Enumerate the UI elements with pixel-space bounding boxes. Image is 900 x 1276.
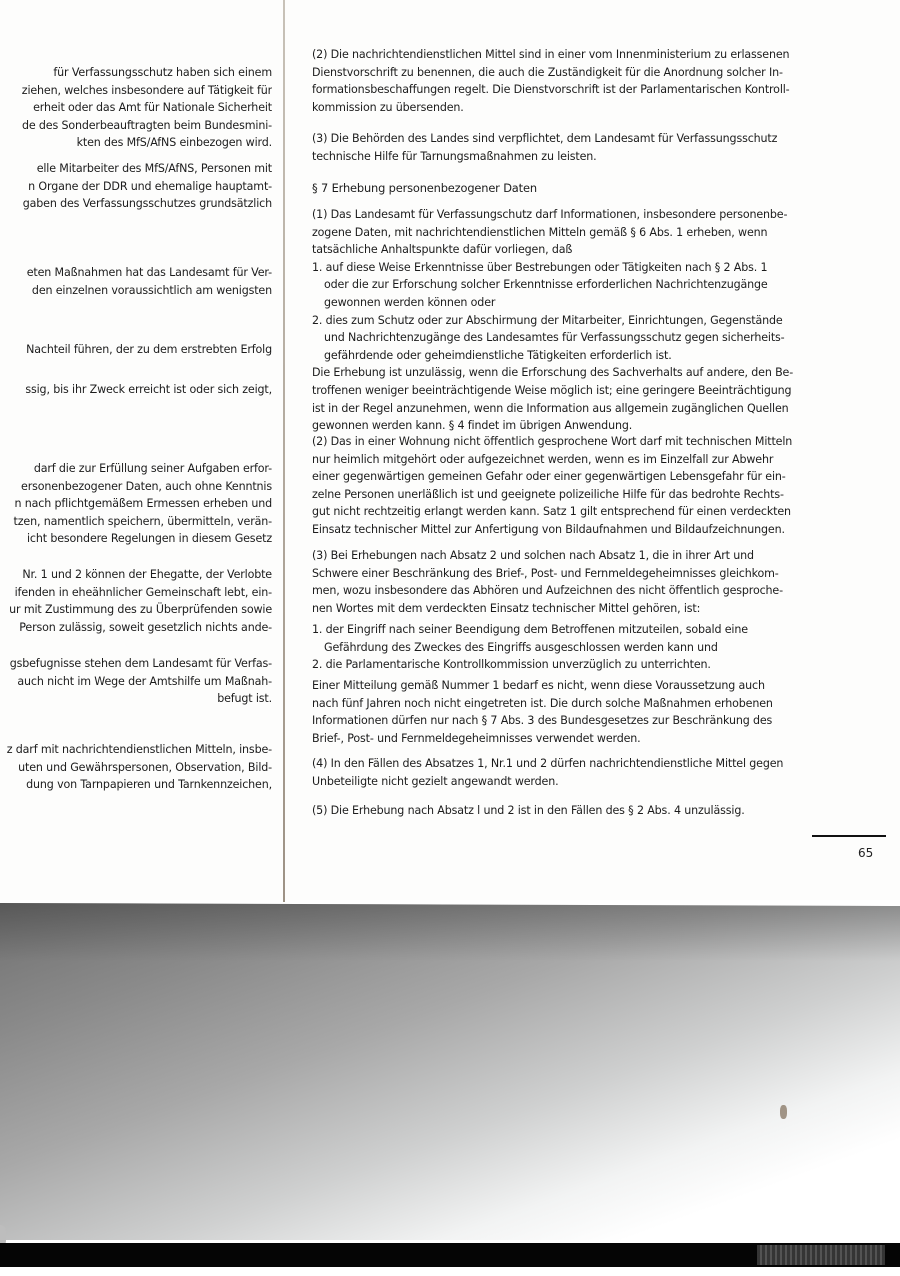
text-line: kten des MfS/AfNS einbezogen wird. [0,134,272,152]
paragraph: elle Mitarbeiter des MfS/AfNS, Personen … [0,160,272,213]
book-gutter [283,0,285,902]
text-line: (3) Die Behörden des Landes sind verpfli… [312,130,786,148]
text-line: kommission zu übersenden. [312,99,786,117]
dust-speck [780,1105,787,1119]
paragraph: (3) Bei Erhebungen nach Absatz 2 und sol… [312,547,786,617]
text-line: Nachteil führen, der zu dem erstrebten E… [0,341,272,359]
text-line: 2. dies zum Schutz oder zur Abschirmung … [312,312,786,330]
bottom-margin [0,1267,900,1276]
text-line: gewonnen werden können oder [312,294,786,312]
paragraph: (1) Das Landesamt für Verfassungschutz d… [312,206,786,435]
text-line: Die Erhebung ist unzulässig, wenn die Er… [312,364,786,382]
text-line: n nach pflichtgemäßem Ermessen erheben u… [0,495,272,513]
scanner-shadow-area [0,900,900,1240]
text-line: zogene Daten, mit nachrichtendienstliche… [312,224,786,242]
text-line: de des Sonderbeauftragten beim Bundesmin… [0,117,272,135]
text-line: ifenden in eheähnlicher Gemeinschaft leb… [0,584,272,602]
text-line: oder die zur Erforschung solcher Erkennt… [312,276,786,294]
text-line: einer gegenwärtigen gemeinen Gefahr oder… [312,468,786,486]
paragraph: (2) Die nachrichtendienstlichen Mittel s… [312,46,786,116]
text-line: 1. auf diese Weise Erkenntnisse über Bes… [312,259,786,277]
text-line: Einsatz technischer Mittel zur Anfertigu… [312,521,786,539]
text-line: Dienstvorschrift zu benennen, die auch d… [312,64,786,82]
text-line: nach fünf Jahren noch nicht eingetreten … [312,695,786,713]
scanner-edge-bar [0,1243,900,1267]
text-line: befugt ist. [0,690,272,708]
paragraph: eten Maßnahmen hat das Landesamt für Ver… [0,264,272,299]
paragraph: gsbefugnisse stehen dem Landesamt für Ve… [0,655,272,708]
paragraph: Nachteil führen, der zu dem erstrebten E… [0,341,272,359]
text-line: troffenen weniger beeinträchtigende Weis… [312,382,786,400]
text-line: ur mit Zustimmung des zu Überprüfenden s… [0,601,272,619]
paragraph: ssig, bis ihr Zweck erreicht ist oder si… [0,381,272,399]
paragraph: (5) Die Erhebung nach Absatz l und 2 ist… [312,802,786,820]
text-line: tzen, namentlich speichern, übermitteln,… [0,513,272,531]
text-line: erheit oder das Amt für Nationale Sicher… [0,99,272,117]
text-line: Person zulässig, soweit gesetzlich nicht… [0,619,272,637]
text-line: elle Mitarbeiter des MfS/AfNS, Personen … [0,160,272,178]
text-line: zelne Personen unerläßlich ist und geeig… [312,486,786,504]
text-line: z darf mit nachrichtendienstlichen Mitte… [0,741,272,759]
text-line: gefährdende oder geheimdienstliche Tätig… [312,347,786,365]
scanner-noise-patch [757,1245,885,1265]
scanned-book-spread: für Verfassungsschutz haben sich einemzi… [0,0,900,900]
text-line: den einzelnen voraussichtlich am wenigst… [0,282,272,300]
paragraph: darf die zur Erfüllung seiner Aufgaben e… [0,460,272,548]
left-page-text-column: für Verfassungsschutz haben sich einemzi… [0,0,272,900]
section-heading: § 7 Erhebung personenbezogener Daten [312,180,786,198]
text-line: Brief-, Post- und Fernmeldegeheimnisses … [312,730,786,748]
text-line: 2. die Parlamentarische Kontrollkommissi… [312,656,786,674]
text-line: tatsächliche Anhaltspunkte dafür vorlieg… [312,241,786,259]
paragraph: für Verfassungsschutz haben sich einemzi… [0,64,272,152]
paragraph: (3) Die Behörden des Landes sind verpfli… [312,130,786,165]
text-line: (2) Die nachrichtendienstlichen Mittel s… [312,46,786,64]
text-line: nen Wortes mit dem verdeckten Einsatz te… [312,600,786,618]
text-line: für Verfassungsschutz haben sich einem [0,64,272,82]
text-line: Gefährdung des Zweckes des Eingriffs aus… [312,639,786,657]
text-line: technische Hilfe für Tarnungsmaßnahmen z… [312,148,786,166]
text-line: gut nicht rechtzeitig erlangt werden kan… [312,503,786,521]
text-line: men, wozu insbesondere das Abhören und A… [312,582,786,600]
text-line: (1) Das Landesamt für Verfassungschutz d… [312,206,786,224]
text-line: icht besondere Regelungen in diesem Gese… [0,530,272,548]
text-line: gsbefugnisse stehen dem Landesamt für Ve… [0,655,272,673]
footer-rule [812,835,886,837]
paragraph: (4) In den Fällen des Absatzes 1, Nr.1 u… [312,755,786,790]
text-line: nur heimlich mitgehört oder aufgezeichne… [312,451,786,469]
text-line: dung von Tarnpapieren und Tarnkennzeiche… [0,776,272,794]
text-line: gaben des Verfassungsschutzes grundsätzl… [0,195,272,213]
text-line: darf die zur Erfüllung seiner Aufgaben e… [0,460,272,478]
text-line: Einer Mitteilung gemäß Nummer 1 bedarf e… [312,677,786,695]
text-line: n Organe der DDR und ehemalige hauptamt- [0,178,272,196]
paragraph: Einer Mitteilung gemäß Nummer 1 bedarf e… [312,677,786,747]
text-line: ssig, bis ihr Zweck erreicht ist oder si… [0,381,272,399]
text-line: ist in der Regel anzunehmen, wenn die In… [312,400,786,418]
text-line: Nr. 1 und 2 können der Ehegatte, der Ver… [0,566,272,584]
text-line: ersonenbezogener Daten, auch ohne Kenntn… [0,478,272,496]
paragraph: 1. der Eingriff nach seiner Beendigung d… [312,621,786,674]
paragraph: Nr. 1 und 2 können der Ehegatte, der Ver… [0,566,272,636]
text-line: (3) Bei Erhebungen nach Absatz 2 und sol… [312,547,786,565]
paragraph: z darf mit nachrichtendienstlichen Mitte… [0,741,272,794]
text-line: (4) In den Fällen des Absatzes 1, Nr.1 u… [312,755,786,773]
text-line: Unbeteiligte nicht gezielt angewandt wer… [312,773,786,791]
text-line: auch nicht im Wege der Amtshilfe um Maßn… [0,673,272,691]
text-line: und Nachrichtenzugänge des Landesamtes f… [312,329,786,347]
text-line: eten Maßnahmen hat das Landesamt für Ver… [0,264,272,282]
text-line: uten und Gewährspersonen, Observation, B… [0,759,272,777]
text-line: § 7 Erhebung personenbezogener Daten [312,180,786,198]
text-line: ziehen, welches insbesondere auf Tätigke… [0,82,272,100]
page-number: 65 [858,846,873,860]
text-line: (5) Die Erhebung nach Absatz l und 2 ist… [312,802,786,820]
text-line: 1. der Eingriff nach seiner Beendigung d… [312,621,786,639]
paragraph: (2) Das in einer Wohnung nicht öffentlic… [312,433,786,539]
text-line: Schwere einer Beschränkung des Brief-, P… [312,565,786,583]
text-line: formationsbeschaffungen regelt. Die Dien… [312,81,786,99]
text-line: (2) Das in einer Wohnung nicht öffentlic… [312,433,786,451]
text-line: Informationen dürfen nur nach § 7 Abs. 3… [312,712,786,730]
